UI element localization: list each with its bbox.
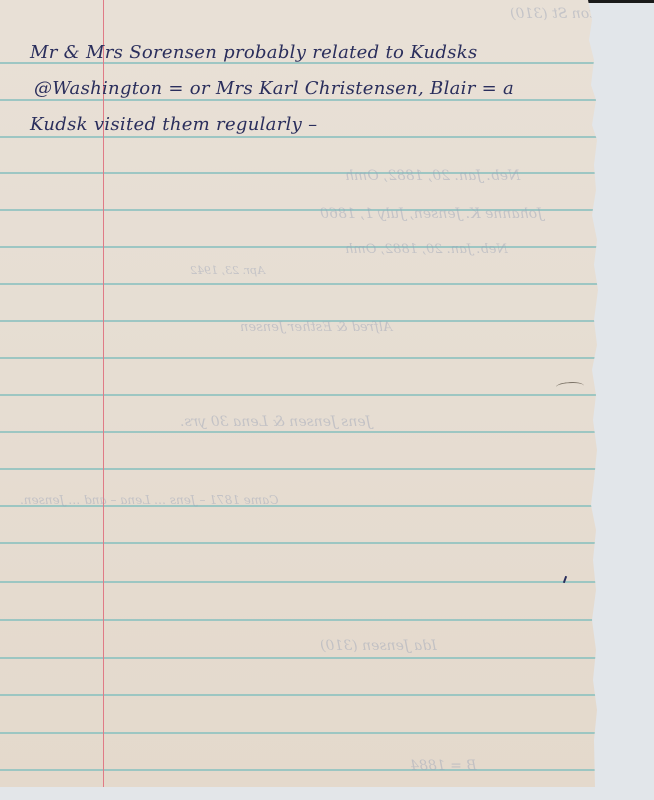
scanner-background bbox=[590, 3, 654, 800]
bleed-text: Neb. Jan. 20, 1882, Omh bbox=[345, 168, 520, 184]
bleed-text: Jens Jensen & Lena 30 yrs. bbox=[180, 414, 371, 430]
bleed-text: Apr. 23, 1942 bbox=[190, 264, 265, 277]
handwriting-line-1: Mr & Mrs Sorensen probably related to Ku… bbox=[30, 42, 478, 63]
bleed-text: Ida Jensen (310) bbox=[320, 638, 437, 654]
ruled-line bbox=[0, 99, 598, 101]
ruled-line bbox=[0, 732, 598, 734]
ruled-line bbox=[0, 431, 598, 433]
bleed-text: Johanne K. Jensen, July 1, 1860 bbox=[320, 206, 543, 222]
ruled-line bbox=[0, 694, 598, 696]
bleed-text: Came 1871 – Jens … Lena – and … Jensen. bbox=[20, 493, 278, 507]
bleed-text: B = 1884 bbox=[410, 758, 477, 774]
ruled-line bbox=[0, 246, 598, 248]
ruled-line bbox=[0, 394, 598, 396]
handwriting-line-2: @Washington = or Mrs Karl Christensen, B… bbox=[34, 78, 514, 99]
ruled-line bbox=[0, 769, 598, 771]
ruled-line bbox=[0, 657, 598, 659]
ruled-line bbox=[0, 619, 598, 621]
bleed-text: Neb. Jan. 20, 1882, Omh bbox=[345, 242, 508, 257]
paper-tear-mark bbox=[556, 381, 585, 393]
ruled-line bbox=[0, 581, 598, 583]
ruled-line bbox=[0, 283, 598, 285]
ruled-line bbox=[0, 468, 598, 470]
ruled-line bbox=[0, 136, 598, 138]
handwriting-line-3: Kudsk visited them regularly – bbox=[30, 114, 317, 135]
ruled-line bbox=[0, 357, 598, 359]
ruled-line bbox=[0, 542, 598, 544]
notebook-page: 215 Washington St (310) Neb. Jan. 20, 18… bbox=[0, 0, 598, 787]
bleed-text: Alfred & Esther Jensen bbox=[240, 320, 392, 335]
